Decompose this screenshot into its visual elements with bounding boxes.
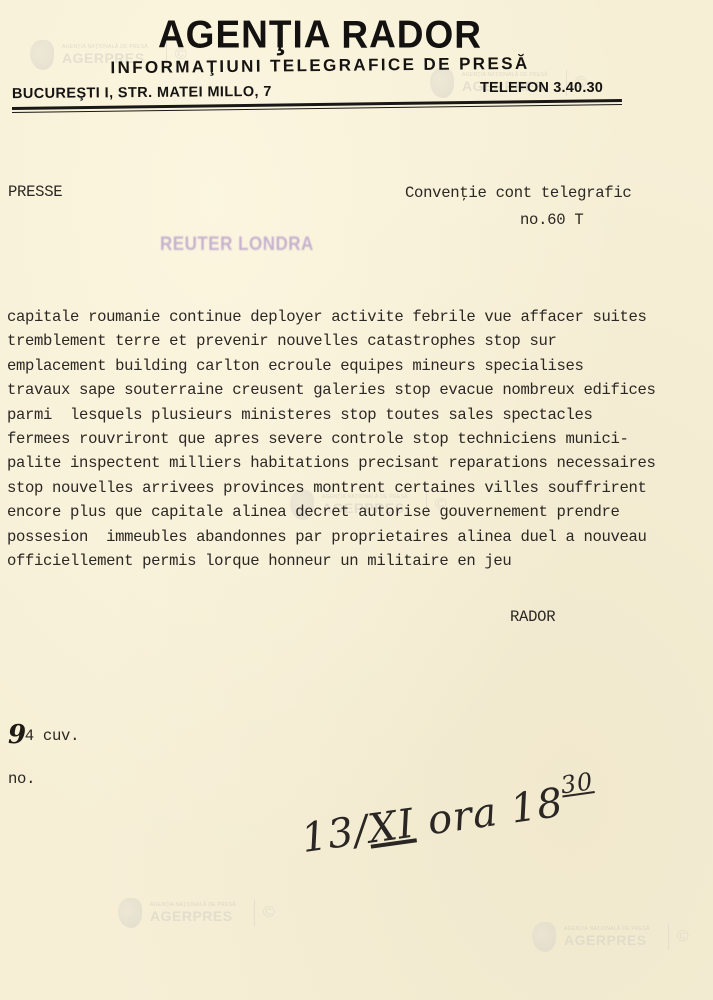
copyright-icon: © bbox=[263, 904, 275, 922]
body-line: travaux sape souterraine creusent galeri… bbox=[7, 378, 707, 402]
watermark-agency-name: AGERPRES bbox=[564, 932, 650, 948]
date-hour: 18 bbox=[508, 780, 567, 833]
globe-icon bbox=[118, 898, 142, 928]
date-month: XI bbox=[365, 801, 417, 853]
body-line: encore plus que capitale alinea decret a… bbox=[7, 500, 707, 524]
letterhead-telephone: TELEFON 3.40.30 bbox=[480, 80, 603, 96]
agerpres-watermark: AGENŢIA NAŢIONALĂ DE PRESĂ AGERPRES © bbox=[532, 922, 689, 952]
recipient-label: PRESSE bbox=[8, 183, 62, 201]
body-line: tremblement terre et prevenir nouvelles … bbox=[7, 329, 707, 353]
convention-number: no.60 T bbox=[520, 211, 583, 229]
word-count-typed: 4 cuv. bbox=[25, 727, 79, 745]
globe-icon bbox=[532, 922, 556, 952]
word-count-handwritten-digit: 9 bbox=[8, 720, 26, 750]
watermark-divider bbox=[668, 924, 669, 950]
date-word: ora bbox=[425, 789, 501, 844]
body-line: officiellement permis lorque honneur un … bbox=[7, 549, 707, 573]
convention-text: Convenţie cont telegrafic bbox=[405, 184, 631, 202]
reuter-stamp: REUTER LONDRA bbox=[160, 233, 314, 256]
agerpres-watermark: AGENŢIA NAŢIONALĂ DE PRESĂ AGERPRES © bbox=[118, 898, 275, 928]
body-line: possesion immeubles abandonnes par propr… bbox=[7, 525, 707, 549]
number-label: no. bbox=[8, 770, 35, 788]
word-count: 94 cuv. bbox=[8, 720, 79, 750]
signature: RADOR bbox=[510, 608, 555, 626]
body-line: parmi lesquels plusieurs ministeres stop… bbox=[7, 403, 707, 427]
date-day: 13 bbox=[299, 809, 358, 862]
body-line: stop nouvelles arrivees provinces montre… bbox=[7, 476, 707, 500]
body-line: palite inspectent milliers habitations p… bbox=[7, 451, 707, 475]
watermark-divider bbox=[254, 900, 255, 926]
body-line: fermees rouvriront que apres severe cont… bbox=[7, 427, 707, 451]
body-line: capitale roumanie continue deployer acti… bbox=[7, 305, 707, 329]
date-minutes: 30 bbox=[559, 767, 595, 799]
letterhead-title: AGENŢIA RADOR bbox=[0, 13, 640, 57]
telegram-body: capitale roumanie continue deployer acti… bbox=[7, 305, 707, 573]
body-line: emplacement building carlton ecroule equ… bbox=[7, 354, 707, 378]
copyright-icon: © bbox=[677, 928, 689, 946]
watermark-agency-name: AGERPRES bbox=[150, 908, 236, 924]
